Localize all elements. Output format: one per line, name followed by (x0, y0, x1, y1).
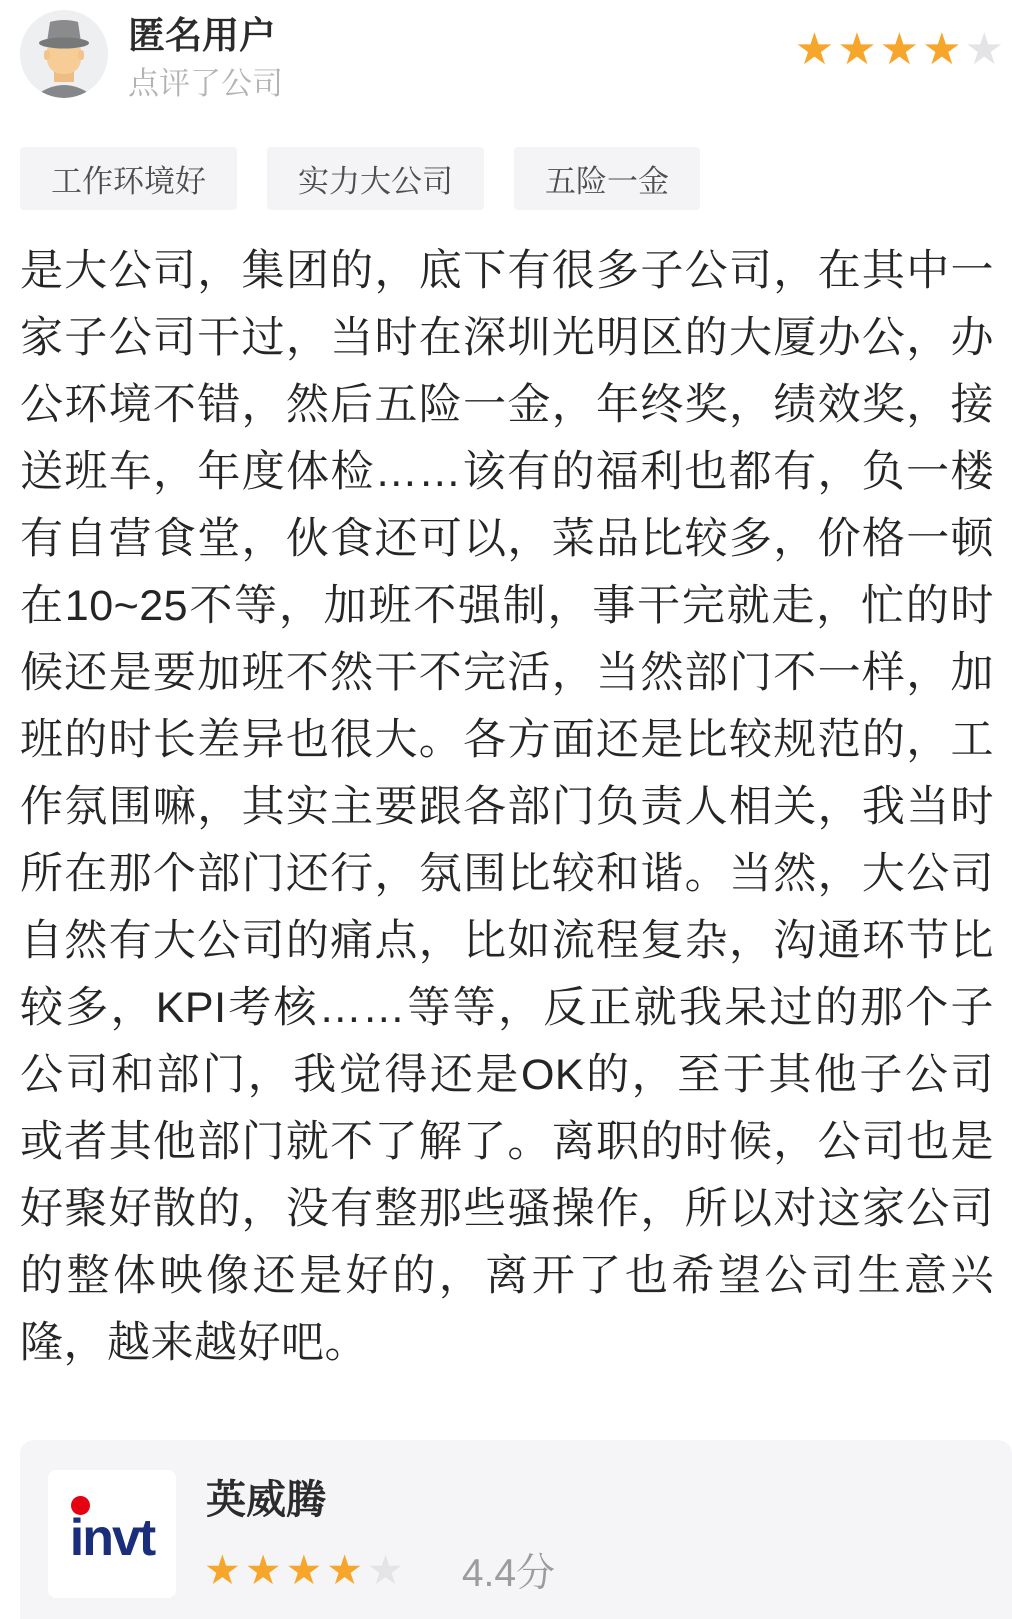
star-icon: ★ (286, 1550, 323, 1591)
tag-strong-company[interactable]: 实力大公司 (267, 147, 484, 210)
star-icon: ★ (326, 1550, 363, 1591)
company-name: 英威腾 (206, 1468, 326, 1525)
review-tags: 工作环境好 实力大公司 五险一金 (20, 147, 992, 210)
star-icon: ★ (245, 1550, 282, 1591)
star-icon: ★ (922, 28, 961, 72)
review-text: 是大公司，集团的，底下有很多子公司，在其中一家子公司干过，当时在深圳光明区的大厦… (20, 238, 994, 1377)
star-icon: ★ (965, 28, 1004, 72)
company-rating-stars: ★★★★★ (204, 1550, 406, 1591)
invt-logo-text: invt (48, 1512, 176, 1564)
company-score: 4.4分 (462, 1542, 555, 1598)
star-icon: ★ (880, 28, 919, 72)
star-icon: ★ (795, 28, 834, 72)
company-rating-row: ★★★★★ 4.4分 (204, 1542, 555, 1598)
company-logo: invt (48, 1470, 176, 1598)
anonymous-avatar[interactable] (20, 10, 108, 98)
anonymous-user-icon (20, 10, 108, 98)
review-rating-stars: ★★★★★ (792, 10, 1004, 72)
company-card[interactable]: invt 英威腾 ★★★★★ 4.4分 (20, 1440, 1012, 1619)
star-icon: ★ (204, 1550, 241, 1591)
star-icon: ★ (367, 1550, 404, 1591)
review-header: 匿名用户 点评了公司 ★★★★★ (20, 10, 1004, 110)
star-icon: ★ (837, 28, 876, 72)
invt-logo: invt (48, 1470, 176, 1598)
tag-social-insurance[interactable]: 五险一金 (514, 147, 700, 210)
username: 匿名用户 (128, 16, 792, 57)
invt-logo-red-dot-icon (71, 1496, 90, 1515)
tag-work-environment[interactable]: 工作环境好 (20, 147, 237, 210)
review-action-label: 点评了公司 (128, 67, 792, 101)
